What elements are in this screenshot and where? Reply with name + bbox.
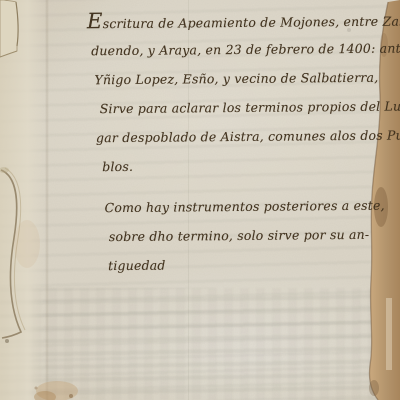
fore-edge-light-streak bbox=[386, 298, 392, 370]
text-line: Yñigo Lopez, Esño, y vecino de Salbatier… bbox=[94, 63, 383, 95]
gutter-crease bbox=[45, 0, 49, 400]
stain-speck-2 bbox=[35, 387, 38, 390]
binding-strap-top-fold bbox=[0, 51, 17, 57]
text-line: gar despoblado de Aistra, comunes alos d… bbox=[96, 121, 384, 153]
stain-mid-left bbox=[14, 220, 40, 268]
text-line: Como hay instrumentos posteriores a este… bbox=[104, 191, 384, 222]
binding-cord-anchor bbox=[0, 167, 9, 173]
stain-bottom-left-core bbox=[34, 391, 56, 400]
paragraph-summary: Escritura de Apeamiento de Mojones, entr… bbox=[83, 5, 385, 182]
manuscript-text: Escritura de Apeamiento de Mojones, entr… bbox=[83, 5, 385, 281]
stain-bottom-left bbox=[36, 381, 78, 400]
text-line: blos. bbox=[102, 150, 384, 181]
text-line: tiguedad bbox=[108, 249, 385, 280]
paragraph-note: Como hay instrumentos posteriores a este… bbox=[84, 191, 385, 281]
stain-speck-1 bbox=[69, 394, 73, 398]
fore-edge-spot-bottom bbox=[369, 380, 379, 396]
binding-cord-middle bbox=[1, 170, 21, 338]
text-line: Sirve para aclarar los terminos propios … bbox=[100, 92, 384, 123]
ink-bleedthrough-lower bbox=[0, 288, 400, 400]
text-line: Escritura de Apeamiento de Mojones, entr… bbox=[87, 5, 383, 37]
binding-gutter bbox=[0, 0, 46, 400]
text-line: duendo, y Araya, en 23 de febrero de 140… bbox=[91, 34, 383, 66]
manuscript-page: Escritura de Apeamiento de Mojones, entr… bbox=[0, 0, 400, 400]
binding-strap-top bbox=[0, 0, 18, 57]
binding-strap-top-shade bbox=[16, 2, 18, 46]
binding-cord-middle-highlight bbox=[5, 168, 25, 330]
text-line: sobre dho termino, solo sirve por su an- bbox=[109, 220, 385, 251]
stain-speck-3 bbox=[5, 339, 9, 343]
